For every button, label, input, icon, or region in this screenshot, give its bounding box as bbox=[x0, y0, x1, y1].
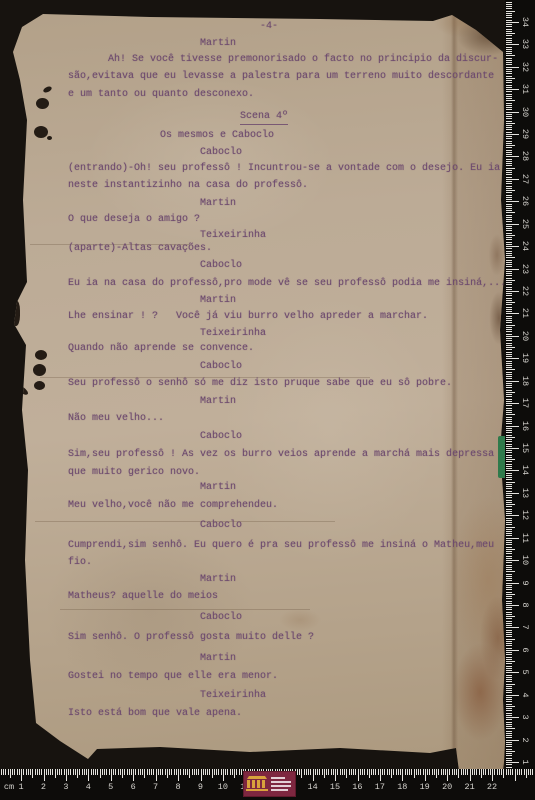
ruler-tick bbox=[506, 488, 512, 489]
ruler-tick bbox=[205, 769, 206, 775]
ruler-tick bbox=[129, 769, 130, 775]
typewritten-text-layer: -4-MartinAh! Se você tivesse premonorisa… bbox=[0, 0, 535, 800]
ruler-tick bbox=[506, 340, 512, 341]
ruler-tick bbox=[494, 769, 495, 775]
ruler-tick bbox=[382, 769, 383, 775]
ruler-tick bbox=[97, 769, 98, 775]
ruler-tick bbox=[479, 769, 480, 775]
ruler-tick bbox=[506, 661, 515, 662]
ruler-tick bbox=[506, 672, 519, 673]
ruler-tick bbox=[180, 769, 181, 775]
ruler-tick bbox=[528, 769, 529, 775]
ruler-tick bbox=[506, 156, 519, 157]
ruler-tick bbox=[506, 623, 512, 624]
ruler-tick bbox=[28, 769, 29, 775]
ruler-tick bbox=[506, 695, 519, 696]
ruler-tick bbox=[120, 769, 121, 775]
script-line: Martin bbox=[200, 482, 236, 494]
script-line: Meu velho,você não me comprehendeu. bbox=[68, 500, 278, 512]
vertical-ruler: 1234567891011121314151617181920212223242… bbox=[505, 0, 535, 800]
ruler-tick bbox=[506, 553, 512, 554]
ruler-tick bbox=[506, 257, 515, 258]
ruler-tick bbox=[409, 769, 410, 775]
ruler-tick bbox=[506, 506, 512, 507]
ruler-tick bbox=[506, 145, 515, 146]
ruler-tick bbox=[506, 6, 512, 7]
ruler-tick bbox=[61, 769, 62, 775]
ruler-tick bbox=[506, 408, 512, 409]
ruler-tick bbox=[506, 744, 512, 745]
ruler-tick bbox=[506, 419, 512, 420]
ruler-tick bbox=[416, 769, 417, 775]
ruler-tick bbox=[506, 224, 519, 225]
ruler-tick bbox=[82, 769, 83, 775]
ruler-label: 7 bbox=[147, 782, 165, 792]
ruler-tick bbox=[506, 439, 512, 440]
script-line: -4- bbox=[260, 21, 278, 33]
ruler-tick bbox=[506, 116, 512, 117]
ruler-tick bbox=[232, 769, 233, 775]
ruler-tick bbox=[506, 262, 512, 263]
script-line: Matheus? aquelle do meios bbox=[68, 591, 218, 603]
script-line: Gostei no tempo que elle era menor. bbox=[68, 671, 278, 683]
ruler-tick bbox=[506, 71, 512, 72]
ruler-tick bbox=[492, 769, 493, 781]
ruler-tick bbox=[1, 769, 2, 775]
ruler-tick bbox=[506, 311, 512, 312]
ruler-tick bbox=[506, 255, 512, 256]
script-line: fio. bbox=[68, 557, 92, 569]
ruler-tick bbox=[506, 755, 512, 756]
script-line: Sim,seu professô ! As vez os burro veios… bbox=[68, 449, 494, 461]
ruler-tick bbox=[506, 82, 512, 83]
script-line: que muito gerico novo. bbox=[68, 467, 200, 479]
ruler-label: 16 bbox=[348, 782, 366, 792]
ruler-tick bbox=[506, 452, 512, 453]
ruler-tick bbox=[138, 769, 139, 775]
ruler-tick bbox=[472, 769, 473, 775]
ruler-tick bbox=[46, 769, 47, 775]
ruler-tick bbox=[506, 710, 512, 711]
script-line: Seu professô o senhô só me diz isto pruq… bbox=[68, 378, 452, 390]
ruler-tick bbox=[506, 322, 512, 323]
ruler-tick bbox=[506, 15, 512, 16]
ruler-tick bbox=[506, 289, 512, 290]
ruler-unit-label: cm bbox=[0, 782, 18, 792]
script-line: Isto está bom que vale apena. bbox=[68, 708, 242, 720]
ruler-tick bbox=[506, 11, 515, 12]
ruler-tick bbox=[506, 567, 512, 568]
ruler-tick bbox=[52, 769, 53, 775]
ruler-tick bbox=[506, 412, 512, 413]
ruler-tick bbox=[140, 769, 141, 775]
ruler-tick bbox=[506, 42, 512, 43]
ruler-label: 34 bbox=[520, 13, 530, 31]
script-line: Martin bbox=[200, 653, 236, 665]
ruler-tick bbox=[506, 542, 512, 543]
ruler-tick bbox=[458, 769, 459, 778]
ruler-tick bbox=[506, 40, 512, 41]
ruler-tick bbox=[236, 769, 237, 775]
ruler-tick bbox=[506, 663, 512, 664]
ruler-tick bbox=[506, 621, 512, 622]
ruler-label: 2 bbox=[520, 731, 530, 749]
ruler-tick bbox=[185, 769, 186, 775]
ruler-tick bbox=[508, 769, 509, 775]
ruler-tick bbox=[297, 769, 298, 775]
ruler-tick bbox=[517, 769, 518, 775]
ruler-tick bbox=[483, 769, 484, 775]
ruler-tick bbox=[133, 769, 134, 781]
ruler-tick bbox=[506, 76, 512, 77]
ruler-tick bbox=[506, 363, 512, 364]
ruler-tick bbox=[506, 551, 512, 552]
ruler-tick bbox=[506, 616, 515, 617]
ruler-tick bbox=[461, 769, 462, 775]
ruler-tick bbox=[506, 35, 512, 36]
ruler-tick bbox=[506, 89, 519, 90]
ruler-label: 4 bbox=[79, 782, 97, 792]
ruler-tick bbox=[506, 405, 512, 406]
ruler-tick bbox=[506, 376, 512, 377]
ruler-tick bbox=[353, 769, 354, 775]
ruler-tick bbox=[506, 316, 512, 317]
archive-logo bbox=[243, 771, 296, 797]
ruler-tick bbox=[506, 758, 512, 759]
ruler-tick bbox=[506, 675, 512, 676]
ruler-tick bbox=[104, 769, 105, 775]
ruler-label: 22 bbox=[520, 282, 530, 300]
ruler-tick bbox=[100, 769, 101, 778]
ruler-tick bbox=[506, 464, 512, 465]
ruler-tick bbox=[506, 127, 512, 128]
ruler-tick bbox=[506, 343, 512, 344]
ruler-label: 29 bbox=[520, 125, 530, 143]
ruler-tick bbox=[169, 769, 170, 775]
ruler-tick bbox=[506, 230, 512, 231]
ruler-tick bbox=[91, 769, 92, 775]
ruler-label: 12 bbox=[520, 506, 530, 524]
ruler-tick bbox=[506, 740, 519, 741]
ruler-tick bbox=[506, 428, 512, 429]
ruler-tick bbox=[506, 215, 512, 216]
ruler-tick bbox=[506, 177, 512, 178]
ruler-label: 33 bbox=[520, 35, 530, 53]
ruler-tick bbox=[23, 769, 24, 775]
ruler-tick bbox=[506, 737, 512, 738]
ruler-tick bbox=[506, 349, 512, 350]
ruler-tick bbox=[506, 13, 512, 14]
ruler-tick bbox=[506, 80, 512, 81]
ruler-tick bbox=[165, 769, 166, 775]
ruler-tick bbox=[506, 174, 512, 175]
ruler-label: 6 bbox=[124, 782, 142, 792]
ruler-tick bbox=[506, 728, 515, 729]
ruler-label: 20 bbox=[520, 327, 530, 345]
ruler-tick bbox=[506, 138, 512, 139]
ruler-tick bbox=[393, 769, 394, 775]
ruler-tick bbox=[506, 136, 512, 137]
ruler-tick bbox=[447, 769, 448, 781]
ruler-tick bbox=[506, 461, 512, 462]
ruler-tick bbox=[506, 192, 512, 193]
ruler-tick bbox=[519, 769, 520, 775]
ruler-tick bbox=[506, 403, 519, 404]
ruler-label: 17 bbox=[371, 782, 389, 792]
ruler-tick bbox=[183, 769, 184, 775]
ruler-tick bbox=[506, 271, 512, 272]
ruler-tick bbox=[506, 168, 515, 169]
ruler-tick bbox=[414, 769, 415, 778]
ruler-label: 8 bbox=[169, 782, 187, 792]
ruler-tick bbox=[358, 769, 359, 781]
ruler-tick bbox=[506, 212, 515, 213]
ruler-tick bbox=[506, 253, 512, 254]
ruler-tick bbox=[109, 769, 110, 775]
ruler-tick bbox=[506, 291, 519, 292]
ruler-tick bbox=[506, 320, 512, 321]
ruler-tick bbox=[506, 33, 515, 34]
ruler-tick bbox=[506, 654, 512, 655]
ruler-tick bbox=[389, 769, 390, 775]
ruler-label: 10 bbox=[520, 551, 530, 569]
ruler-tick bbox=[506, 17, 512, 18]
ruler-tick bbox=[506, 410, 512, 411]
ruler-tick bbox=[340, 769, 341, 775]
ruler-tick bbox=[506, 228, 512, 229]
ruler-tick bbox=[506, 690, 512, 691]
ruler-tick bbox=[326, 769, 327, 775]
ruler-tick bbox=[506, 147, 512, 148]
ruler-tick bbox=[506, 208, 512, 209]
ruler-tick bbox=[506, 495, 512, 496]
ruler-tick bbox=[230, 769, 231, 775]
ruler-tick bbox=[506, 26, 512, 27]
ruler-tick bbox=[225, 769, 226, 775]
ruler-tick bbox=[506, 587, 512, 588]
ruler-tick bbox=[160, 769, 161, 775]
ruler-label: 24 bbox=[520, 237, 530, 255]
ruler-tick bbox=[506, 511, 512, 512]
ruler-tick bbox=[506, 544, 512, 545]
ruler-tick bbox=[337, 769, 338, 775]
ruler-tick bbox=[506, 186, 512, 187]
ruler-tick bbox=[506, 529, 512, 530]
ruler-tick bbox=[506, 549, 515, 550]
ruler-tick bbox=[506, 571, 515, 572]
ruler-tick bbox=[506, 444, 512, 445]
ruler-tick bbox=[506, 435, 512, 436]
ruler-tick bbox=[506, 278, 512, 279]
ruler-tick bbox=[369, 769, 370, 778]
ruler-tick bbox=[506, 392, 515, 393]
ruler-tick bbox=[506, 401, 512, 402]
ruler-tick bbox=[506, 455, 512, 456]
ruler-tick bbox=[506, 650, 519, 651]
ruler-tick bbox=[153, 769, 154, 775]
ruler-tick bbox=[310, 769, 311, 775]
ruler-tick bbox=[506, 394, 512, 395]
ruler-tick bbox=[364, 769, 365, 775]
ruler-tick bbox=[41, 769, 42, 775]
ruler-tick bbox=[506, 109, 512, 110]
ruler-tick bbox=[506, 179, 519, 180]
ruler-tick bbox=[506, 446, 512, 447]
ruler-tick bbox=[506, 280, 515, 281]
ruler-tick bbox=[506, 688, 512, 689]
ruler-tick bbox=[506, 479, 512, 480]
ruler-tick bbox=[506, 352, 512, 353]
ruler-tick bbox=[506, 477, 512, 478]
logo-text-lines bbox=[271, 777, 291, 791]
ruler-tick bbox=[506, 282, 512, 283]
ruler-tick bbox=[506, 450, 512, 451]
ruler-tick bbox=[113, 769, 114, 775]
ruler-tick bbox=[5, 769, 6, 775]
ruler-tick bbox=[37, 769, 38, 775]
ruler-label: 10 bbox=[214, 782, 232, 792]
ruler-tick bbox=[506, 62, 512, 63]
ruler-tick bbox=[506, 51, 512, 52]
ruler-tick bbox=[506, 302, 515, 303]
ruler-tick bbox=[407, 769, 408, 775]
ruler-tick bbox=[306, 769, 307, 775]
ruler-tick bbox=[506, 159, 512, 160]
ruler-tick bbox=[506, 60, 512, 61]
ruler-label: 28 bbox=[520, 147, 530, 165]
ruler-tick bbox=[506, 327, 512, 328]
ruler-tick bbox=[506, 437, 515, 438]
ruler-tick bbox=[216, 769, 217, 775]
ruler-tick bbox=[77, 769, 78, 778]
ruler-label: 8 bbox=[520, 596, 530, 614]
ruler-tick bbox=[501, 769, 502, 775]
ruler-tick bbox=[506, 630, 512, 631]
ruler-tick bbox=[506, 96, 512, 97]
ruler-tick bbox=[506, 722, 512, 723]
ruler-tick bbox=[443, 769, 444, 775]
ruler-label: 31 bbox=[520, 80, 530, 98]
ruler-tick bbox=[342, 769, 343, 775]
ruler-tick bbox=[131, 769, 132, 775]
ruler-label: 18 bbox=[520, 372, 530, 390]
ruler-tick bbox=[506, 524, 512, 525]
ruler-tick bbox=[506, 697, 512, 698]
ruler-tick bbox=[391, 769, 392, 778]
ruler-tick bbox=[203, 769, 204, 775]
ruler-tick bbox=[506, 293, 512, 294]
ruler-tick bbox=[506, 103, 512, 104]
script-line: Scena 4º bbox=[240, 111, 288, 125]
ruler-tick bbox=[506, 356, 512, 357]
ruler-tick bbox=[506, 760, 512, 761]
ruler-label: 16 bbox=[520, 417, 530, 435]
ruler-tick bbox=[506, 769, 507, 775]
ruler-tick bbox=[506, 509, 512, 510]
ruler-tick bbox=[142, 769, 143, 775]
ruler-tick bbox=[106, 769, 107, 775]
manuscript-paper: -4-MartinAh! Se você tivesse premonorisa… bbox=[0, 0, 535, 800]
ruler-tick bbox=[454, 769, 455, 775]
ruler-tick bbox=[506, 244, 512, 245]
ruler-tick bbox=[530, 769, 531, 775]
ruler-tick bbox=[506, 100, 515, 101]
ruler-tick bbox=[149, 769, 150, 775]
ruler-tick bbox=[506, 347, 515, 348]
ruler-tick bbox=[506, 143, 512, 144]
ruler-tick bbox=[476, 769, 477, 775]
ruler-tick bbox=[506, 396, 512, 397]
ruler-tick bbox=[39, 769, 40, 775]
script-line: (entrando)-Oh! seu professô ! Incuntrou-… bbox=[68, 163, 500, 175]
ruler-tick bbox=[506, 659, 512, 660]
ruler-tick bbox=[506, 201, 519, 202]
ruler-tick bbox=[506, 251, 512, 252]
ruler-tick bbox=[506, 264, 512, 265]
ruler-label: 14 bbox=[304, 782, 322, 792]
ruler-tick bbox=[506, 358, 519, 359]
ruler-tick bbox=[506, 686, 512, 687]
ruler-tick bbox=[506, 354, 512, 355]
ruler-tick bbox=[506, 20, 512, 21]
ruler-tick bbox=[427, 769, 428, 775]
ruler-tick bbox=[506, 767, 512, 768]
ruler-tick bbox=[198, 769, 199, 775]
ruler-label: 3 bbox=[57, 782, 75, 792]
ruler-tick bbox=[506, 325, 515, 326]
ruler-tick bbox=[301, 769, 302, 778]
ruler-tick bbox=[30, 769, 31, 775]
ruler-label: 11 bbox=[520, 529, 530, 547]
ruler-tick bbox=[506, 338, 512, 339]
ruler-tick bbox=[506, 520, 512, 521]
ruler-tick bbox=[506, 385, 512, 386]
ruler-tick bbox=[333, 769, 334, 775]
ruler-tick bbox=[506, 692, 512, 693]
ruler-tick bbox=[506, 432, 512, 433]
ruler-tick bbox=[506, 345, 512, 346]
ruler-tick bbox=[75, 769, 76, 775]
ruler-label: 3 bbox=[520, 708, 530, 726]
script-line: Teixeirinha bbox=[200, 690, 266, 702]
ruler-label: 30 bbox=[520, 103, 530, 121]
ruler-tick bbox=[506, 634, 512, 635]
ruler-tick bbox=[506, 417, 512, 418]
ruler-tick bbox=[499, 769, 500, 775]
ruler-label: 23 bbox=[520, 260, 530, 278]
ruler-label: 19 bbox=[416, 782, 434, 792]
ruler-tick bbox=[192, 769, 193, 775]
ruler-tick bbox=[506, 426, 519, 427]
ruler-tick bbox=[506, 684, 515, 685]
ruler-label: 14 bbox=[520, 461, 530, 479]
ruler-tick bbox=[506, 639, 515, 640]
ruler-tick bbox=[506, 121, 512, 122]
ruler-tick bbox=[434, 769, 435, 775]
ruler-tick bbox=[506, 717, 519, 718]
ruler-label: 18 bbox=[393, 782, 411, 792]
ruler-tick bbox=[474, 769, 475, 775]
ruler-label: 13 bbox=[520, 484, 530, 502]
ruler-tick bbox=[506, 762, 519, 763]
ruler-tick bbox=[503, 769, 504, 778]
ruler-tick bbox=[506, 112, 519, 113]
ruler-tick bbox=[510, 769, 511, 775]
ruler-tick bbox=[506, 304, 512, 305]
ruler-label: 5 bbox=[520, 663, 530, 681]
ruler-tick bbox=[506, 493, 519, 494]
ruler-tick bbox=[506, 24, 512, 25]
